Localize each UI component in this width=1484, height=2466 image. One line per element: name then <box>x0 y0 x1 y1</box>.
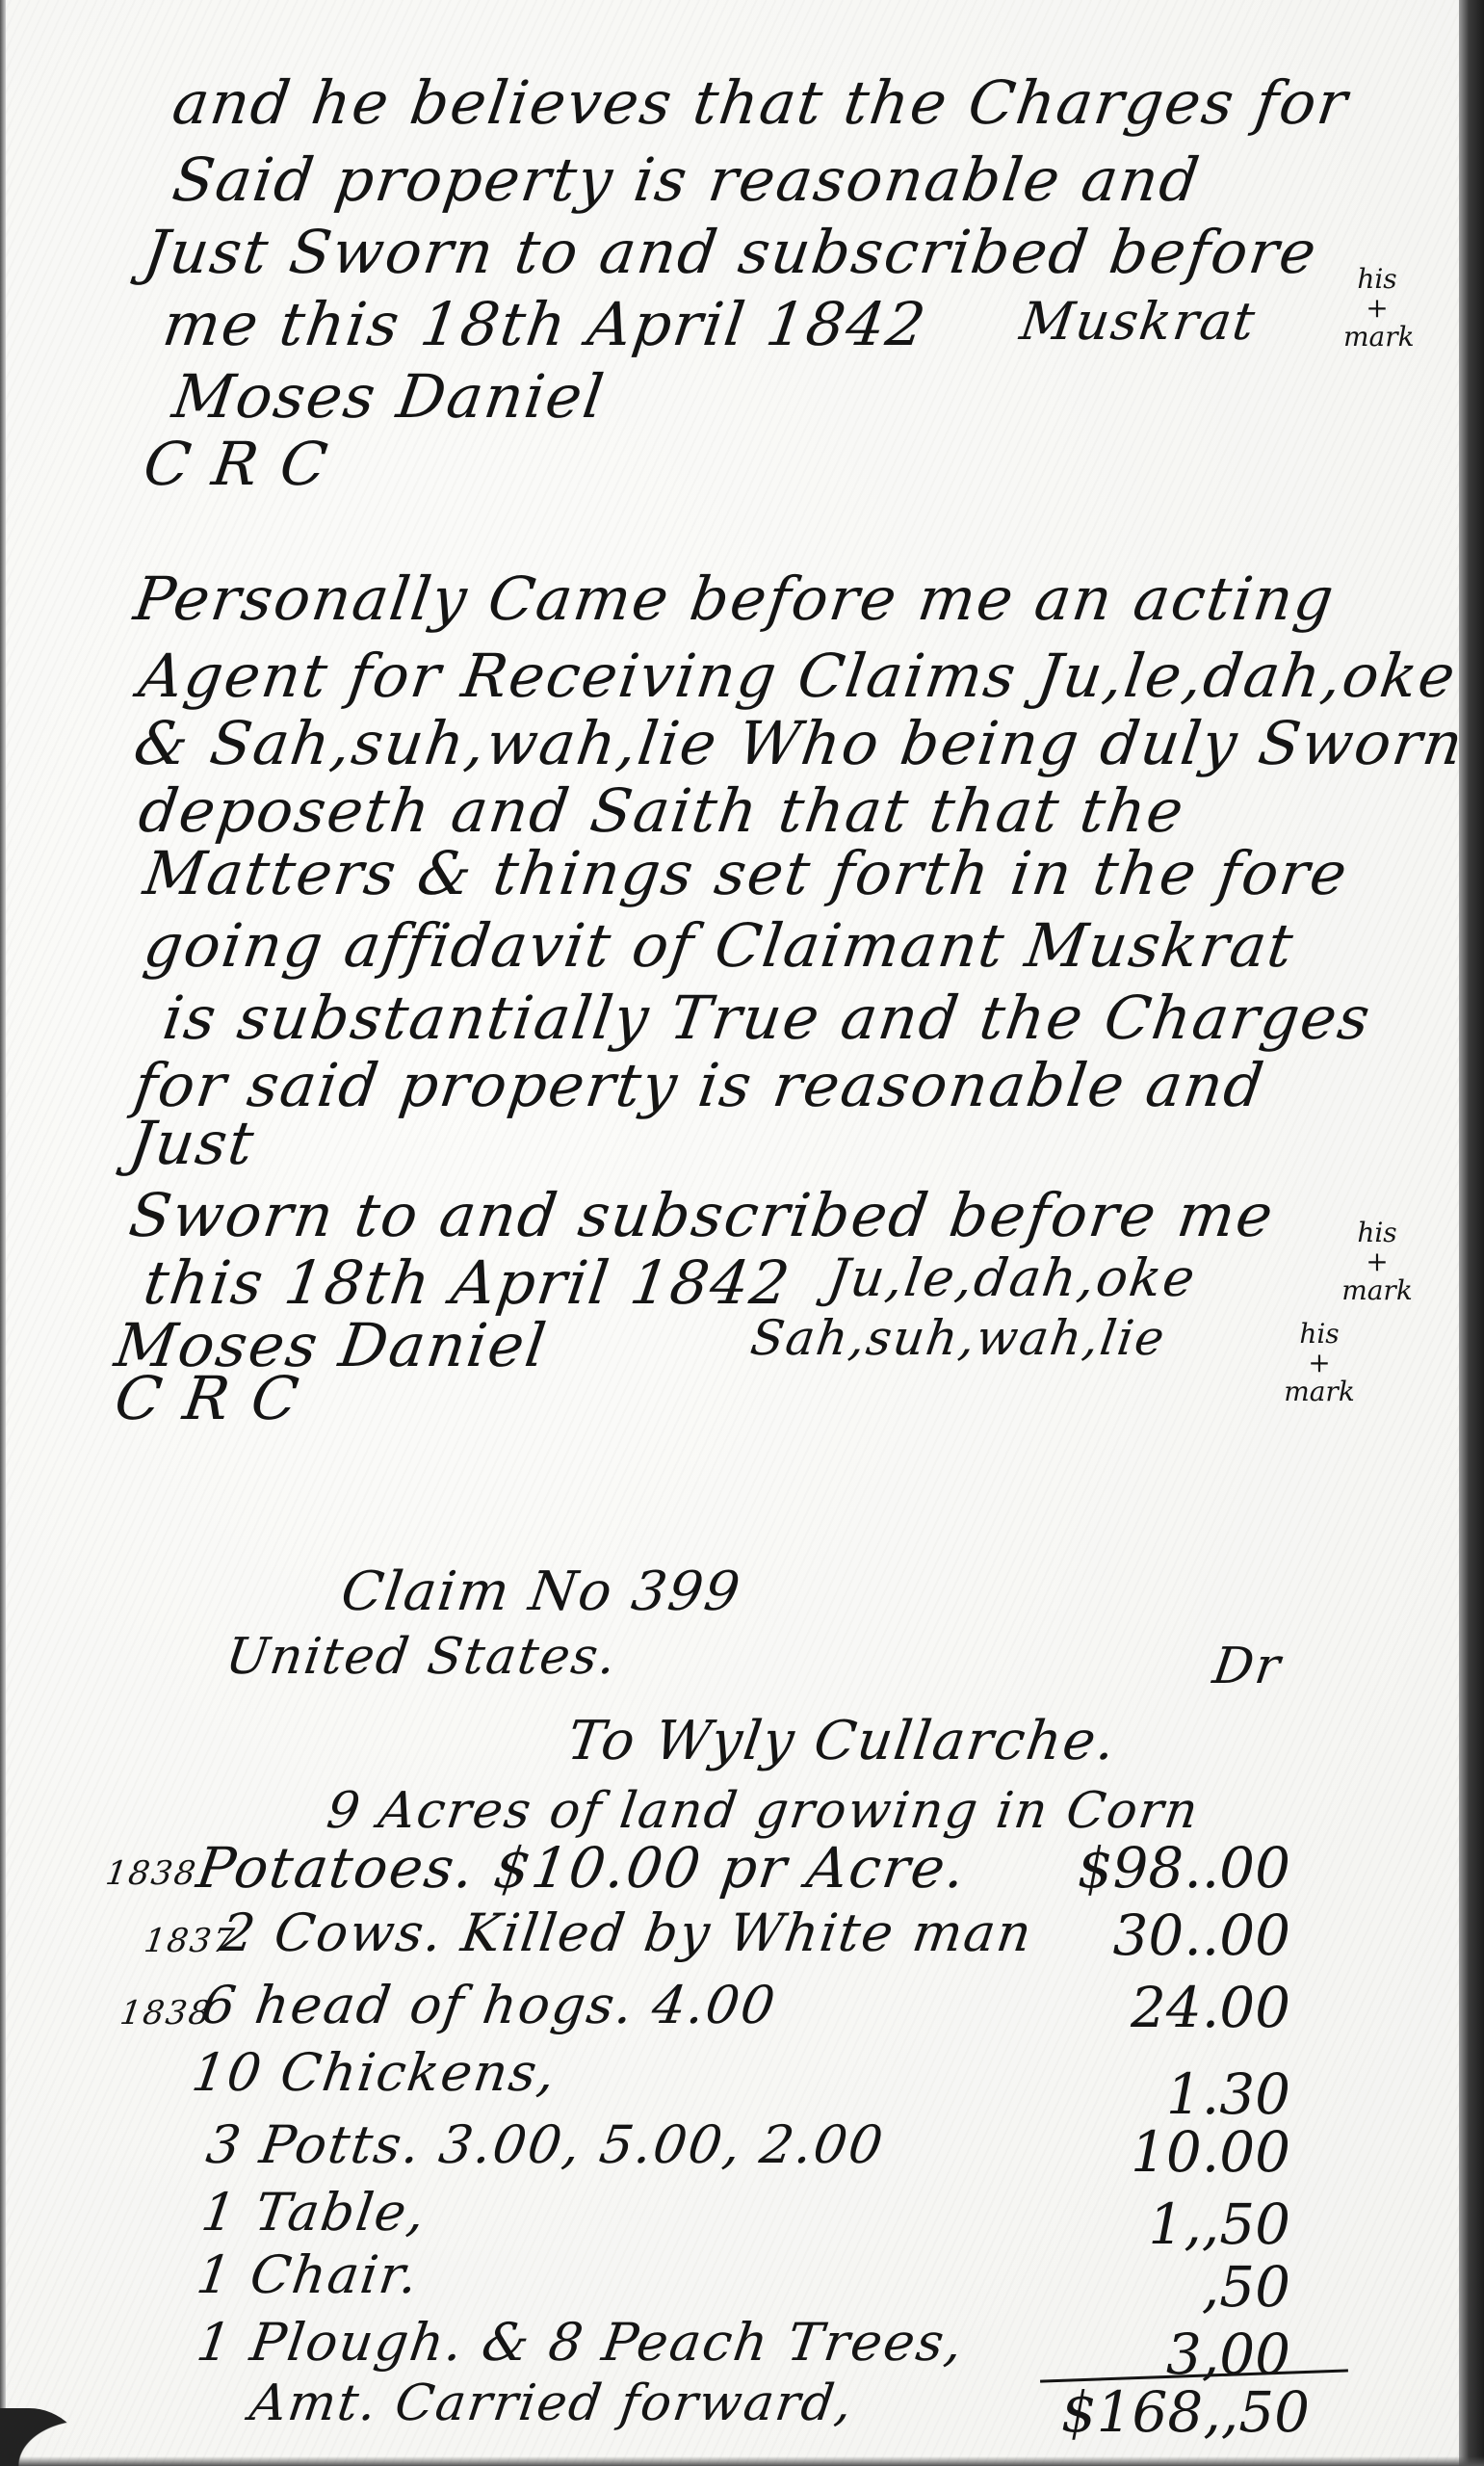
affidavit-1-signer: Muskrat <box>1017 291 1261 352</box>
affidavit-2-line-7: is substantially True and the Charges <box>159 983 1376 1053</box>
item-1-desc: Potatoes. $10.00 pr Acre. <box>193 1835 971 1901</box>
affidavit-2-signer-1: Ju,le,dah,oke <box>824 1247 1201 1308</box>
claim-description: 9 Acres of land growing in Corn <box>324 1782 1204 1840</box>
item-2-desc: 2 Cows. Killed by White man <box>218 1902 1037 1963</box>
item-7-desc: 1 Chair. <box>194 2244 424 2305</box>
affidavit-2-line-10: Sworn to and subscribed before me <box>125 1180 1279 1250</box>
item-5-amount: 10.00 <box>1040 2119 1290 2185</box>
affidavit-1-line-3: Just Sworn to and subscribed before <box>140 217 1322 287</box>
item-7-amount: ,50 <box>1040 2254 1290 2320</box>
item-6-desc: 1 Table, <box>198 2182 430 2243</box>
item-1-amount: $98..00 <box>1040 1835 1290 1901</box>
mark-cross: + <box>1343 294 1411 323</box>
affidavit-2-witness-title: C R C <box>111 1363 304 1433</box>
item-3-desc: 6 head of hogs. 4.00 <box>198 1975 781 2035</box>
affidavit-2-line-6: going affidavit of Claimant Muskrat <box>140 910 1299 981</box>
affidavit-2-signer-2: Sah,suh,wah,lie <box>747 1310 1170 1366</box>
affidavit-1-line-4: me this 18th April 1842 <box>159 289 931 359</box>
item-5-desc: 3 Potts. 3.00, 5.00, 2.00 <box>203 2114 889 2175</box>
mark-his: his <box>1281 1320 1358 1349</box>
mark-label: mark <box>1343 323 1411 352</box>
affidavit-1-witness: Moses Daniel <box>169 361 610 432</box>
item-3-amount: 24.00 <box>1040 1975 1290 2040</box>
claim-debtor: United States. <box>222 1628 621 1686</box>
claim-dr: Dr <box>1210 1638 1286 1695</box>
mark-cross: + <box>1281 1349 1358 1377</box>
affidavit-1-line-1: and he believes that the Charges for <box>169 67 1353 138</box>
item-6-amount: 1,,50 <box>1040 2191 1290 2257</box>
mark-label: mark <box>1339 1276 1416 1305</box>
mark-cross: + <box>1339 1247 1416 1276</box>
affidavit-2-line-11: this 18th April 1842 <box>140 1247 795 1318</box>
total-label: Amt. Carried forward, <box>247 2374 858 2432</box>
item-2-amount: 30..00 <box>1040 1902 1290 1968</box>
affidavit-2-line-8: for said property is reasonable and <box>130 1050 1269 1120</box>
page-right-edge <box>1459 0 1484 2466</box>
claim-to: To Wyly Cullarche. <box>563 1710 1120 1772</box>
item-1-year: 1838 <box>103 1854 199 1893</box>
page-left-edge <box>0 0 6 2466</box>
claim-title: Claim No 399 <box>337 1561 744 1623</box>
mark-label: mark <box>1281 1377 1358 1406</box>
mark-his: his <box>1343 265 1411 294</box>
affidavit-1-signer-mark: his + mark <box>1343 265 1411 352</box>
total-amount: $168,,50 <box>1021 2379 1310 2445</box>
mark-his: his <box>1339 1219 1416 1247</box>
affidavit-2-line-5: Matters & things set forth in the fore <box>140 838 1353 908</box>
affidavit-2-signer-2-mark: his + mark <box>1281 1320 1358 1406</box>
affidavit-1-witness-title: C R C <box>140 429 333 499</box>
affidavit-2-line-1: Personally Came before me an acting <box>130 564 1340 634</box>
affidavit-2-line-4: deposeth and Saith that that the <box>135 775 1189 846</box>
scanned-document-page: and he believes that the Charges for Sai… <box>0 0 1459 2466</box>
affidavit-1-line-2: Said property is reasonable and <box>169 144 1205 215</box>
page-bottom-edge <box>0 2456 1484 2466</box>
item-4-amount: 1.30 <box>1040 2061 1290 2127</box>
affidavit-2-line-3: & Sah,suh,wah,lie Who being duly Sworn <box>130 708 1469 778</box>
affidavit-2-line-9: Just <box>125 1108 260 1178</box>
affidavit-2-line-2: Agent for Receiving Claims Ju,le,dah,oke <box>135 641 1461 711</box>
item-8-desc: 1 Plough. & 8 Peach Trees, <box>194 2312 969 2373</box>
item-4-desc: 10 Chickens, <box>189 2042 561 2103</box>
affidavit-2-signer-1-mark: his + mark <box>1339 1219 1416 1305</box>
